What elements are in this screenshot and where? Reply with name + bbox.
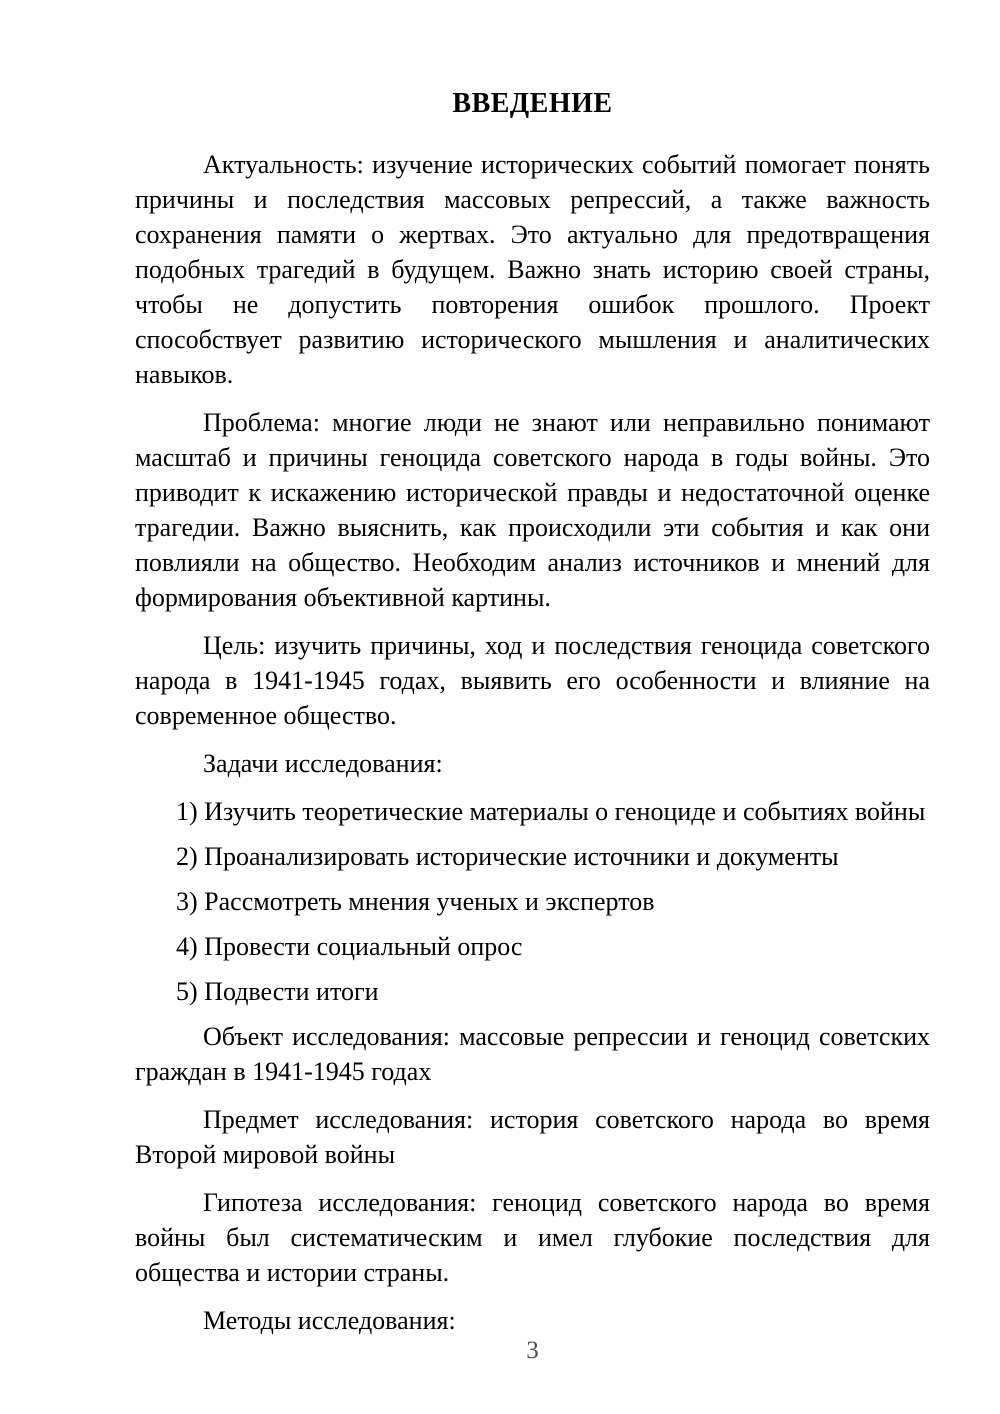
task-item: 3) Рассмотреть мнения ученых и экспертов (176, 884, 930, 919)
paragraph-object: Объект исследования: массовые репрессии … (135, 1019, 930, 1089)
task-item: 5) Подвести итоги (176, 974, 930, 1009)
task-text: Провести социальный опрос (204, 932, 522, 961)
task-number: 4) (176, 932, 198, 961)
page-footer: 3 (135, 1337, 930, 1364)
task-item: 4) Провести социальный опрос (176, 929, 930, 964)
task-number: 1) (176, 797, 198, 826)
task-text: Изучить теоретические материалы о геноци… (204, 797, 925, 826)
task-text: Рассмотреть мнения ученых и экспертов (204, 887, 654, 916)
methods-heading: Методы исследования: (135, 1303, 930, 1338)
task-item: 2) Проанализировать исторические источни… (176, 839, 930, 874)
section-heading: ВВЕДЕНИЕ (135, 86, 930, 121)
task-item: 1) Изучить теоретические материалы о ген… (176, 794, 930, 829)
page-number: 3 (526, 1337, 539, 1364)
task-number: 2) (176, 842, 198, 871)
document-page: ВВЕДЕНИЕ Актуальность: изучение историче… (0, 0, 1000, 1414)
paragraph-problem: Проблема: многие люди не знают или непра… (135, 405, 930, 615)
paragraph-hypothesis: Гипотеза исследования: геноцид советског… (135, 1185, 930, 1290)
task-number: 5) (176, 977, 198, 1006)
task-number: 3) (176, 887, 198, 916)
task-text: Подвести итоги (204, 977, 378, 1006)
paragraph-relevance: Актуальность: изучение исторических собы… (135, 147, 930, 392)
task-text: Проанализировать исторические источники … (204, 842, 838, 871)
task-list: 1) Изучить теоретические материалы о ген… (135, 794, 930, 1009)
tasks-heading: Задачи исследования: (135, 746, 930, 781)
page-content: ВВЕДЕНИЕ Актуальность: изучение историче… (135, 86, 930, 1351)
paragraph-goal: Цель: изучить причины, ход и последствия… (135, 628, 930, 733)
paragraph-subject: Предмет исследования: история советского… (135, 1102, 930, 1172)
